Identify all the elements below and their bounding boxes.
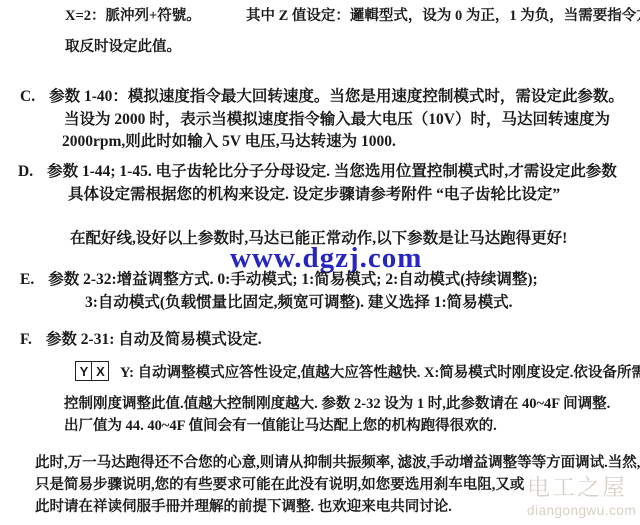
- section-f-label: F.: [20, 331, 32, 349]
- corner-watermark-title: 电工之屋: [527, 476, 636, 499]
- yx-cell-x: X: [91, 361, 109, 381]
- section-d-label: D.: [18, 163, 33, 181]
- corner-watermark-domain: diangongwu.com: [527, 504, 636, 518]
- footer-line-2: 只是简易步骤说明,您的有些要求可能在此没有说明,如您要选用刹车电阻,又或: [35, 477, 524, 494]
- section-c-line-1: C.参数 1-40：模拟速度指令最大回转速度。当您是用速度控制模式时，需设定此参…: [20, 88, 624, 106]
- section-f-text-1: 参数 2-31: 自动及简易模式设定.: [46, 331, 262, 348]
- section-f-line-1: F.参数 2-31: 自动及简易模式设定.: [20, 331, 262, 349]
- corner-watermark: 电工之屋 diangongwu.com: [527, 476, 636, 518]
- section-c-line-2: 当设为 2000 时，表示当模拟速度指令输入最大电压（10V）时，马达回转速度为: [64, 111, 610, 129]
- yx-parameter-box: Y X: [75, 361, 109, 381]
- section-c-line-3: 2000rpm,则此时如输入 5V 电压,马达转速为 1000.: [62, 133, 396, 151]
- intro-line-2: 取反时设定此值。: [65, 39, 181, 56]
- section-e-line-2: 3:自动模式(负载惯量比固定,频宽可调整). 建义选择 1:简易模式.: [85, 294, 513, 312]
- section-d-line-1: D.参数 1-44; 1-45. 电子齿轮比分子分母设定. 当您选用位置控制模式…: [18, 163, 617, 181]
- intro-line-1-left: X=2：脈沖列+符號。: [65, 8, 201, 24]
- section-d-text-1: 参数 1-44; 1-45. 电子齿轮比分子分母设定. 当您选用位置控制模式时,…: [47, 163, 617, 180]
- section-e-label: E.: [20, 271, 34, 289]
- footer-line-3: 此时请在祥读伺服手冊并理解的前提下调整. 也欢迎来电共同讨论.: [35, 499, 452, 516]
- section-d-line-2: 具体设定需根据您的机构来设定. 设定步骤请参考附件 “电子齿轮比设定”: [68, 186, 560, 204]
- footer-line-1: 此时,万一马达跑得还不合您的心意,则请从抑制共振频率, 滤波,手动增益调整等等方…: [35, 455, 640, 472]
- section-f-line-3: 控制刚度调整此值.值越大控制刚度越大. 参数 2-32 设为 1 时,此参数请在…: [64, 396, 610, 413]
- section-c-label: C.: [20, 88, 35, 106]
- yx-cell-y: Y: [75, 361, 93, 381]
- section-e-line-1: E.参数 2-32:增益调整方式. 0:手动模式; 1:简易模式; 2:自动模式…: [20, 271, 538, 289]
- section-c-text-1: 参数 1-40：模拟速度指令最大回转速度。当您是用速度控制模式时，需设定此参数。: [49, 88, 624, 105]
- section-f-line-4: 出厂值为 44. 40~4F 值间会有一值能让马达配上您的机构跑得很欢的.: [64, 418, 497, 435]
- intro-line-1-right: 其中 Z 值设定：邏輯型式，设为 0 为正，1 为负，当需要指令方向: [246, 8, 640, 24]
- section-e-text-1: 参数 2-32:增益调整方式. 0:手动模式; 1:简易模式; 2:自动模式(持…: [48, 271, 538, 288]
- intro-line-1: X=2：脈沖列+符號。 其中 Z 值设定：邏輯型式，设为 0 为正，1 为负，当…: [65, 8, 640, 25]
- section-f-line-2: Y: 自动调整模式应答性设定,值越大应答性越快. X:简易模式时刚度设定.依设备…: [120, 365, 640, 382]
- document-page: X=2：脈沖列+符號。 其中 Z 值设定：邏輯型式，设为 0 为正，1 为负，当…: [0, 0, 640, 525]
